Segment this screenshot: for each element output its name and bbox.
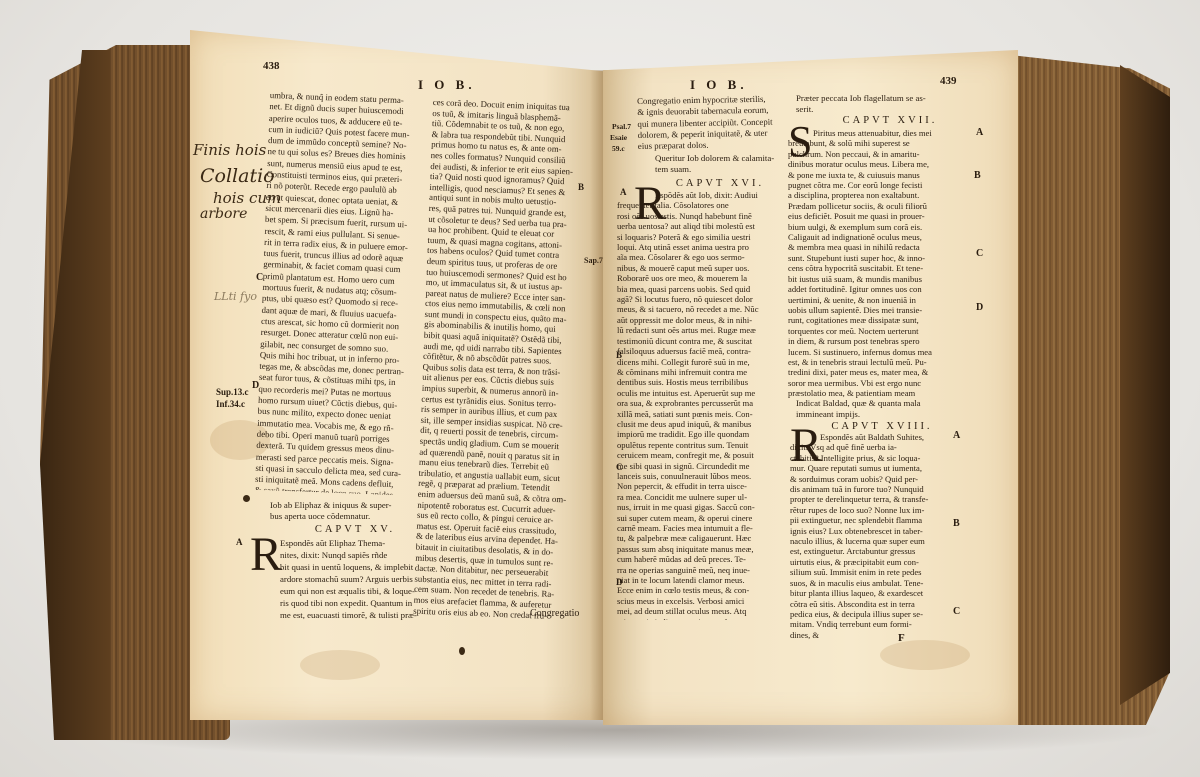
- running-head-right: I O B.: [690, 77, 748, 93]
- chapter-heading-18: CAPVT XVIII.: [812, 421, 952, 432]
- margin-ref-59c: 59.c: [612, 144, 625, 153]
- chapter-heading-15: CAPVT XV.: [280, 524, 430, 535]
- section-letter-a-right-col-b: A: [976, 127, 983, 138]
- running-head-left: I O B.: [418, 77, 476, 93]
- rubric-chapter-16: Queritur Iob dolorem & calamita- tem sua…: [655, 153, 795, 179]
- left-page-column-a: umbra, & nunq̃ in eodem statu perma- net…: [255, 90, 430, 496]
- right-page-column-a: Espõdẽs aũt Iob, dixit: Audiui frequente…: [617, 190, 795, 620]
- chapter-heading-17: CAPVT XVII.: [815, 115, 965, 126]
- section-letter-b-right-col-a: B: [616, 350, 622, 360]
- page-number-right: 439: [940, 75, 957, 87]
- handwritten-note-arbore: arbore: [200, 204, 247, 224]
- right-cover-edge: [1120, 65, 1170, 705]
- chapter-heading-16: CAPVT XVI.: [655, 178, 785, 189]
- handwritten-note-collatio: Collatio: [200, 166, 275, 186]
- section-letter-b-left: B: [578, 182, 584, 192]
- handwritten-note-finis: Finis hois: [193, 140, 266, 160]
- section-letter-c2-right-col-b: C: [953, 606, 960, 617]
- page-number-left: 438: [263, 60, 280, 72]
- section-letter-c-left: C: [256, 272, 263, 283]
- section-letter-d-left: D: [252, 380, 259, 391]
- catchword: Congregatio: [530, 608, 579, 619]
- right-page-column-b-after: Espondẽs aũt Baldath Suhites, dixit: Vsq…: [790, 432, 970, 642]
- margin-ref-inf: Inf.34.c: [216, 399, 245, 409]
- section-letter-d-right-col-a: D: [616, 577, 623, 587]
- section-letter-c-right-col-b: C: [976, 248, 983, 259]
- section-letter-c-right-col-a: C: [616, 462, 623, 472]
- foxing-stain: [880, 640, 970, 670]
- section-letter-a-left: A: [236, 537, 243, 547]
- faint-handwritten-note: LLti fyo: [214, 290, 257, 303]
- ink-spot: [243, 495, 250, 502]
- section-letter-d-right-col-b: D: [976, 302, 983, 313]
- section-letter-b-right-col-b: B: [974, 170, 981, 181]
- margin-ref-esaie: Esaie: [610, 133, 627, 142]
- left-page-column-a-after: Espondẽs aũt Eliphaz Thema- nites, dixit…: [280, 537, 435, 637]
- margin-ref-sup: Sup.13.c: [216, 387, 249, 397]
- margin-ref-psal: Psal.7: [612, 122, 631, 131]
- foxing-stain: [300, 650, 380, 680]
- section-letter-b2-right-col-b: B: [953, 518, 960, 529]
- signature-mark: F: [898, 632, 905, 644]
- section-letter-a2-right-col-b: A: [953, 430, 960, 441]
- ink-spot: [459, 647, 465, 655]
- left-page-column-b: ces corã deo. Docuit enim iniquitas tua …: [413, 97, 588, 623]
- right-page-column-b: Piritus meus attenuabitur, dies mei breu…: [788, 128, 968, 398]
- dropcap-r-15: R: [250, 533, 282, 577]
